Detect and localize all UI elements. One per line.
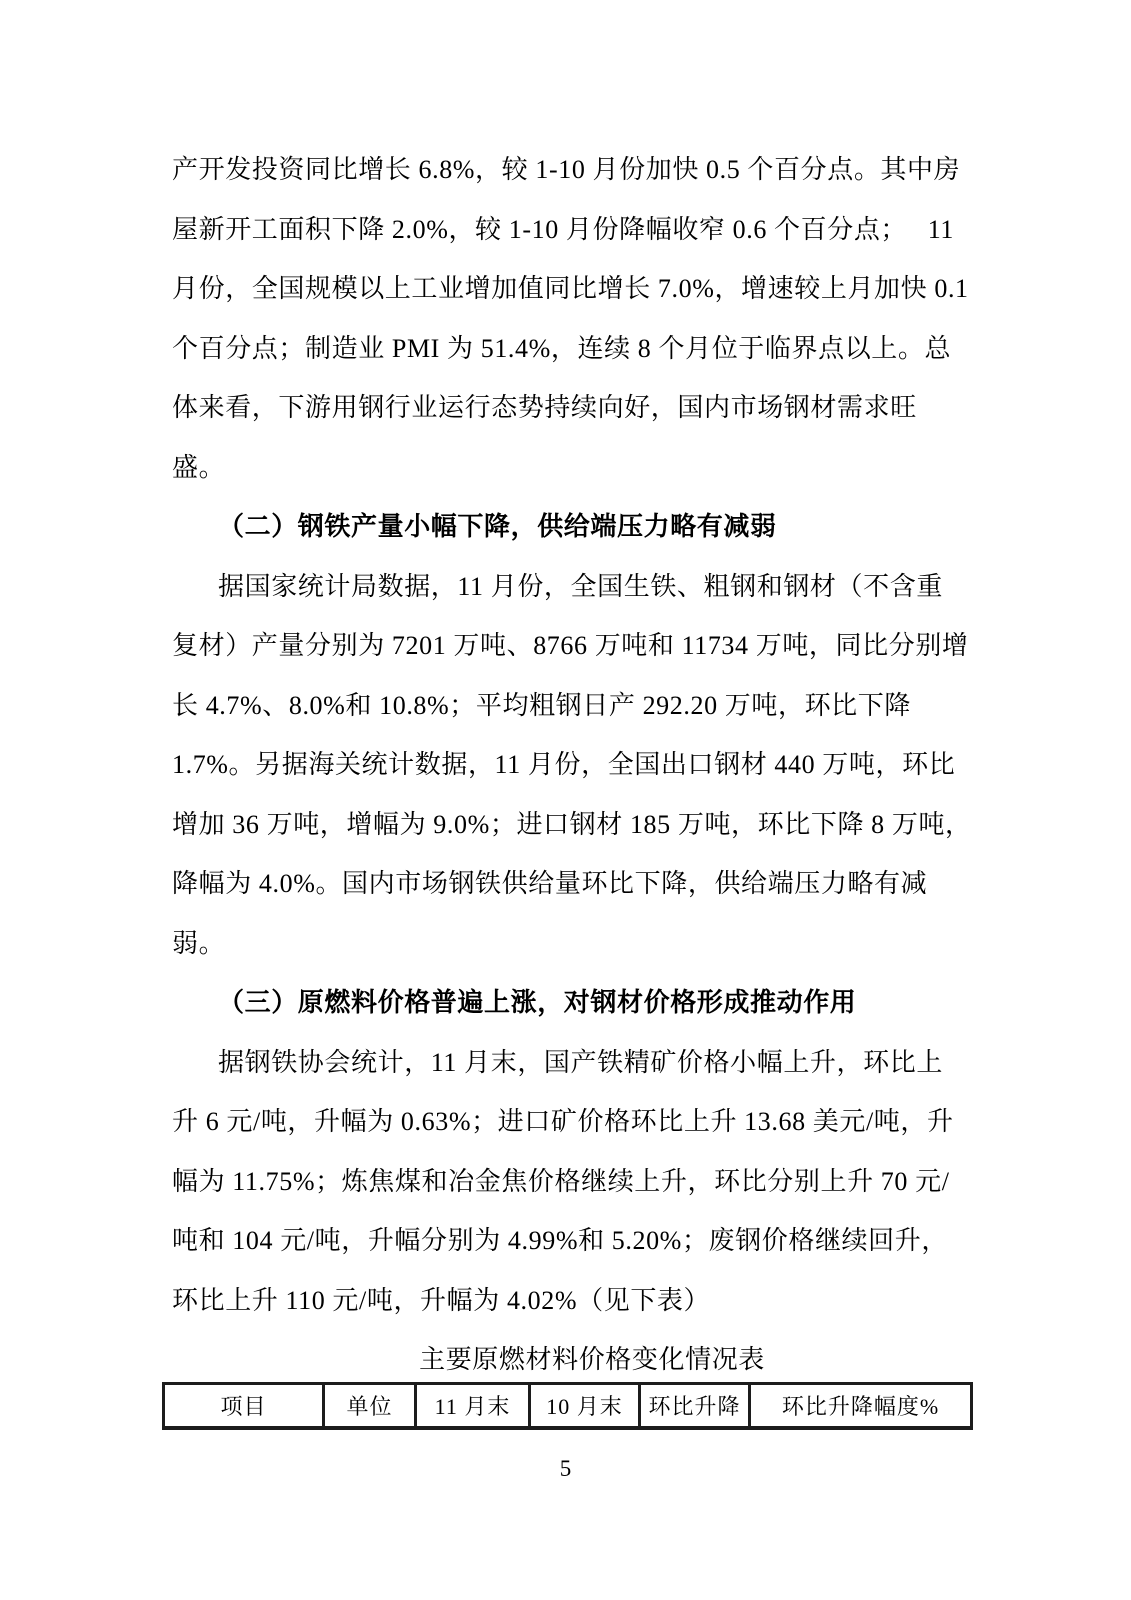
table-header-unit: 单位	[324, 1384, 416, 1429]
table-header-nov: 11 月末	[416, 1384, 530, 1429]
section-heading-3: （三）原燃料价格普遍上涨，对钢材价格形成推动作用	[172, 973, 964, 1033]
paragraph-line: 环比上升 110 元/吨，升幅为 4.02%（见下表）	[172, 1271, 964, 1331]
table-header-mom-change: 环比升降	[640, 1384, 750, 1429]
table-header-mom-change-pct: 环比升降幅度%	[750, 1384, 972, 1429]
paragraph-line: 个百分点；制造业 PMI 为 51.4%，连续 8 个月位于临界点以上。总	[172, 319, 964, 379]
paragraph-line: 体来看，下游用钢行业运行态势持续向好，国内市场钢材需求旺	[172, 378, 964, 438]
paragraph-line: 盛。	[172, 438, 964, 498]
paragraph-line: 幅为 11.75%；炼焦煤和冶金焦价格继续上升，环比分别上升 70 元/	[172, 1152, 964, 1212]
paragraph-line: 弱。	[172, 914, 964, 974]
paragraph-line: 屋新开工面积下降 2.0%，较 1-10 月份降幅收窄 0.6 个百分点； 11	[172, 200, 964, 260]
page-number: 5	[0, 1456, 1131, 1482]
paragraph-line: 升 6 元/吨，升幅为 0.63%；进口矿价格环比上升 13.68 美元/吨，升	[172, 1092, 964, 1152]
paragraph-line: 产开发投资同比增长 6.8%，较 1-10 月份加快 0.5 个百分点。其中房	[172, 140, 964, 200]
document-body: 产开发投资同比增长 6.8%，较 1-10 月份加快 0.5 个百分点。其中房 …	[172, 140, 964, 1390]
paragraph-line: 吨和 104 元/吨，升幅分别为 4.99%和 5.20%；废钢价格继续回升，	[172, 1211, 964, 1271]
section-heading-2: （二）钢铁产量小幅下降，供给端压力略有减弱	[172, 497, 964, 557]
paragraph-line: 月份，全国规模以上工业增加值同比增长 7.0%，增速较上月加快 0.1	[172, 259, 964, 319]
paragraph-line: 据国家统计局数据，11 月份，全国生铁、粗钢和钢材（不含重	[172, 557, 964, 617]
paragraph-line: 增加 36 万吨，增幅为 9.0%；进口钢材 185 万吨，环比下降 8 万吨，	[172, 795, 964, 855]
document-page: 产开发投资同比增长 6.8%，较 1-10 月份加快 0.5 个百分点。其中房 …	[0, 0, 1131, 1600]
paragraph-line: 1.7%。另据海关统计数据，11 月份，全国出口钢材 440 万吨，环比	[172, 735, 964, 795]
price-change-table: 项目 单位 11 月末 10 月末 环比升降 环比升降幅度%	[162, 1382, 973, 1430]
table-title: 主要原燃材料价格变化情况表	[196, 1330, 988, 1390]
paragraph-line: 降幅为 4.0%。国内市场钢铁供给量环比下降，供给端压力略有减	[172, 854, 964, 914]
table-header-item: 项目	[164, 1384, 324, 1429]
table-header-oct: 10 月末	[530, 1384, 640, 1429]
table-header-row: 项目 单位 11 月末 10 月末 环比升降 环比升降幅度%	[164, 1384, 972, 1429]
paragraph-line: 据钢铁协会统计，11 月末，国产铁精矿价格小幅上升，环比上	[172, 1033, 964, 1093]
paragraph-line: 复材）产量分别为 7201 万吨、8766 万吨和 11734 万吨，同比分别增	[172, 616, 964, 676]
paragraph-line: 长 4.7%、8.0%和 10.8%；平均粗钢日产 292.20 万吨，环比下降	[172, 676, 964, 736]
